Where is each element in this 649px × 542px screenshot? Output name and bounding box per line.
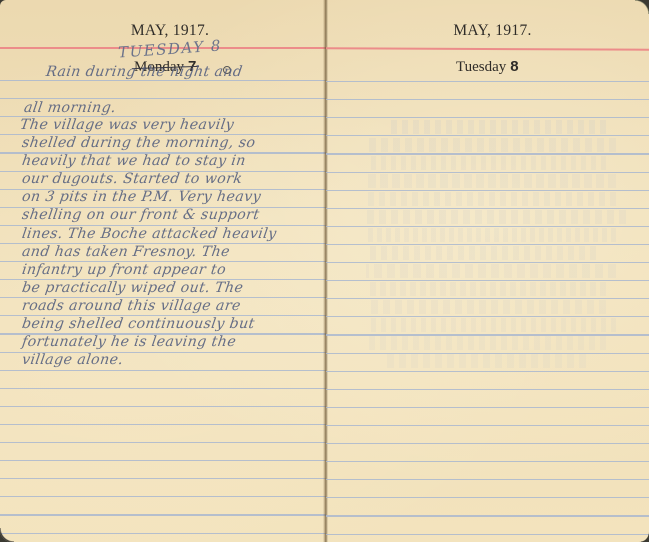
ruled-line [0, 533, 326, 534]
ruled-line [326, 371, 649, 372]
entry-line: heavily that we had to stay in [21, 153, 247, 169]
ruled-line [0, 370, 326, 371]
entry-line: our dugouts. Started to work [21, 171, 244, 187]
ruled-line [326, 81, 649, 82]
ruled-line [326, 244, 649, 245]
page-corner [635, 0, 649, 14]
entry-line: fortunately he is leaving the [21, 334, 237, 350]
page-corner [0, 528, 14, 542]
month-header: MAY, 1917. [0, 22, 326, 40]
ruled-line [0, 460, 326, 461]
ruled-line [326, 172, 649, 173]
ruled-line [326, 117, 649, 118]
entry-line: being shelled continuously but [21, 316, 256, 332]
ruled-line [326, 425, 649, 426]
entry-line: infantry up front appear to [21, 262, 227, 278]
ruled-line [326, 262, 649, 263]
ruled-line [326, 407, 649, 408]
ruled-line [326, 389, 649, 390]
ruled-line [326, 153, 649, 154]
entry-line: shelling on our front & support [21, 207, 261, 223]
ruled-line [326, 208, 649, 209]
entry-line: on 3 pits in the P.M. Very heavy [21, 189, 262, 205]
ruled-line [0, 406, 326, 407]
ruled-line [326, 515, 649, 516]
printed-day: Tuesday8 [456, 58, 519, 76]
red-header-rule [326, 47, 649, 50]
ruled-line [326, 479, 649, 480]
entry-line: be practically wiped out. The [21, 280, 244, 296]
entry-line: all morning. [23, 100, 117, 116]
entry-line: village alone. [21, 352, 125, 368]
entry-line: The village was very heavily [19, 117, 235, 133]
ruled-line [326, 135, 649, 136]
ruled-line [326, 534, 649, 535]
day-name: Tuesday [456, 59, 506, 75]
page-corner [641, 534, 649, 542]
ruled-line [0, 442, 326, 443]
ruled-line [326, 461, 649, 462]
ruled-line [0, 478, 326, 479]
entry-line: lines. The Boche attacked heavily [21, 226, 278, 242]
left-page: MAY, 1917. TUESDAY 8 Monday7 Rain during… [0, 0, 326, 542]
ruled-line [0, 388, 326, 389]
entry-line: Rain during the night and [45, 64, 244, 80]
diary-spread: MAY, 1917. TUESDAY 8 Monday7 Rain during… [0, 0, 649, 542]
ruled-line [326, 226, 649, 227]
month-header: MAY, 1917. [326, 22, 649, 40]
ruled-line [0, 496, 326, 497]
ruled-line [326, 443, 649, 444]
ruled-line [326, 497, 649, 498]
ruled-line [326, 99, 649, 100]
ruled-line [0, 514, 326, 515]
ruled-line [0, 80, 326, 81]
ruled-line [326, 190, 649, 191]
entry-line: shelled during the morning, so [21, 135, 257, 151]
entry-line: and has taken Fresnoy. The [21, 244, 231, 260]
ruled-line [0, 424, 326, 425]
entry-line: roads around this village are [21, 298, 242, 314]
right-page: MAY, 1917. Tuesday8 [326, 0, 649, 542]
day-number: 8 [510, 58, 518, 75]
